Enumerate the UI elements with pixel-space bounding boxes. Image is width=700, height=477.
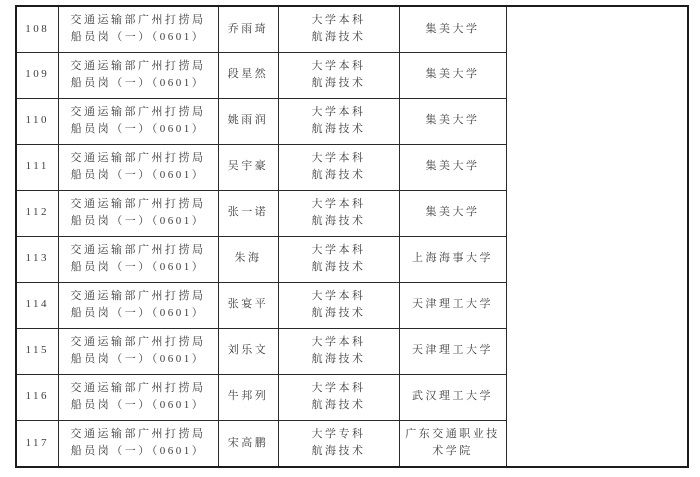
position-cell: 交通运输部广州打捞局 船员岗（一）（0601）	[58, 52, 218, 98]
university-cell: 天津理工大学	[399, 328, 506, 374]
education-cell: 大学本科 航海技术	[278, 52, 399, 98]
education-cell: 大学本科 航海技术	[278, 374, 399, 420]
education-cell: 大学本科 航海技术	[278, 98, 399, 144]
row-number-cell: 108	[16, 6, 58, 52]
row-number-cell: 115	[16, 328, 58, 374]
position-cell: 交通运输部广州打捞局 船员岗（一）（0601）	[58, 190, 218, 236]
education-cell: 大学本科 航海技术	[278, 328, 399, 374]
university-cell: 武汉理工大学	[399, 374, 506, 420]
education-cell: 大学专科 航海技术	[278, 420, 399, 467]
table-row: 108 交通运输部广州打捞局 船员岗（一）（0601） 乔雨琦 大学本科 航海技…	[16, 6, 688, 52]
position-cell: 交通运输部广州打捞局 船员岗（一）（0601）	[58, 236, 218, 282]
name-cell: 姚雨润	[218, 98, 278, 144]
name-cell: 吴宇豪	[218, 144, 278, 190]
education-cell: 大学本科 航海技术	[278, 236, 399, 282]
position-cell: 交通运输部广州打捞局 船员岗（一）（0601）	[58, 328, 218, 374]
university-cell: 集美大学	[399, 6, 506, 52]
document-page: 108 交通运输部广州打捞局 船员岗（一）（0601） 乔雨琦 大学本科 航海技…	[0, 0, 700, 477]
education-cell: 大学本科 航海技术	[278, 144, 399, 190]
university-cell: 集美大学	[399, 144, 506, 190]
name-cell: 朱海	[218, 236, 278, 282]
name-cell: 刘乐文	[218, 328, 278, 374]
education-cell: 大学本科 航海技术	[278, 6, 399, 52]
position-cell: 交通运输部广州打捞局 船员岗（一）（0601）	[58, 374, 218, 420]
name-cell: 乔雨琦	[218, 6, 278, 52]
university-cell: 集美大学	[399, 190, 506, 236]
university-cell: 天津理工大学	[399, 282, 506, 328]
name-cell: 张一诺	[218, 190, 278, 236]
name-cell: 张宴平	[218, 282, 278, 328]
position-cell: 交通运输部广州打捞局 船员岗（一）（0601）	[58, 98, 218, 144]
position-cell: 交通运输部广州打捞局 船员岗（一）（0601）	[58, 420, 218, 467]
row-number-cell: 114	[16, 282, 58, 328]
row-number-cell: 111	[16, 144, 58, 190]
university-cell: 广东交通职业技 术学院	[399, 420, 506, 467]
row-number-cell: 109	[16, 52, 58, 98]
name-cell: 段星然	[218, 52, 278, 98]
row-number-cell: 113	[16, 236, 58, 282]
education-cell: 大学本科 航海技术	[278, 190, 399, 236]
position-cell: 交通运输部广州打捞局 船员岗（一）（0601）	[58, 282, 218, 328]
candidate-roster-table: 108 交通运输部广州打捞局 船员岗（一）（0601） 乔雨琦 大学本科 航海技…	[15, 5, 689, 468]
university-cell: 集美大学	[399, 52, 506, 98]
row-number-cell: 110	[16, 98, 58, 144]
position-cell: 交通运输部广州打捞局 船员岗（一）（0601）	[58, 144, 218, 190]
university-cell: 上海海事大学	[399, 236, 506, 282]
table-body: 108 交通运输部广州打捞局 船员岗（一）（0601） 乔雨琦 大学本科 航海技…	[16, 6, 688, 467]
row-number-cell: 116	[16, 374, 58, 420]
notes-cell-empty	[506, 6, 688, 467]
row-number-cell: 112	[16, 190, 58, 236]
name-cell: 牛邦列	[218, 374, 278, 420]
university-cell: 集美大学	[399, 98, 506, 144]
row-number-cell: 117	[16, 420, 58, 467]
education-cell: 大学本科 航海技术	[278, 282, 399, 328]
name-cell: 宋高鹏	[218, 420, 278, 467]
position-cell: 交通运输部广州打捞局 船员岗（一）（0601）	[58, 6, 218, 52]
